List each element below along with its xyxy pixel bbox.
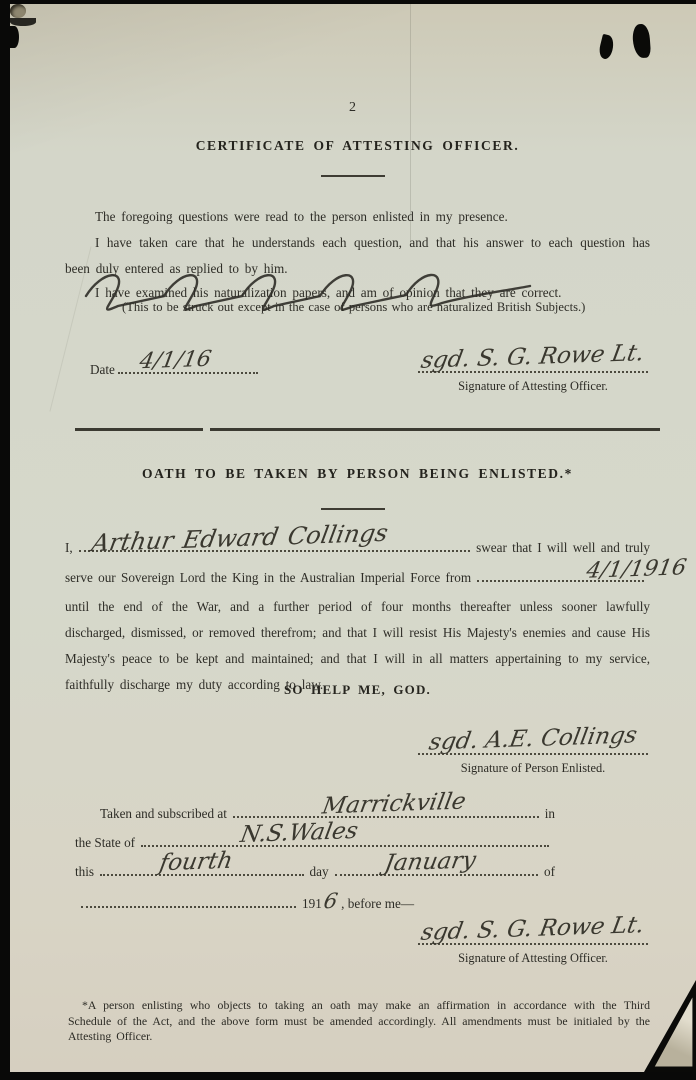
oath-name-line: I, Arthur Edward Collings swear that I w… [65,536,650,556]
section-divider [75,428,660,431]
state-label: the State of [75,835,135,851]
year-prefix: 191 [302,896,322,912]
torn-edge-notch [10,26,19,48]
date-field-row: Date 4/1/16 [90,356,275,378]
handwritten-name: Arthur Edward Collings [89,519,390,557]
day-month-row: this fourth day January of [75,860,555,880]
strike-instruction-note: (This to be struck out except in the cas… [122,300,585,315]
smudge-mark [10,4,26,18]
this-label: this [75,864,94,880]
paragraph-care: I have taken care that he understands ea… [65,230,650,282]
handwritten-signature: sgd. A.E. Collings [427,722,639,755]
document-page: 2 CERTIFICATE OF ATTESTING OFFICER. The … [10,4,696,1072]
swear-text: swear that I will well and truly [476,540,650,556]
name-dotted-line: Arthur Edward Collings [79,536,470,552]
handwritten-date: 4/1/16 [138,347,214,374]
signature-caption: Signature of Attesting Officer. [418,379,648,394]
state-row: the State of N.S.Wales [75,831,555,851]
signature-caption: Signature of Attesting Officer. [418,951,648,966]
day-label: day [310,864,329,880]
in-label: in [545,806,555,822]
before-me-label: , before me— [341,896,414,912]
attestation-block: Taken and subscribed at Marrickville in … [75,802,555,922]
scan-background: 2 CERTIFICATE OF ATTESTING OFFICER. The … [0,0,696,1080]
handwritten-signature: sgd. S. G. Rowe Lt. [419,340,646,374]
of-label: of [544,864,555,880]
paragraph-presence: The foregoing questions were read to the… [65,204,650,230]
date-dotted-line: 4/1/16 [118,356,258,374]
punch-hole-mark [632,23,651,58]
from-date-dotted-line: 4/1/1916 [477,566,644,582]
handwritten-signature: sgd. S. G. Rowe Lt. [419,912,646,946]
handwritten-state: N.S.Wales [238,818,360,848]
month-dotted-line: January [335,860,538,876]
serve-text: serve our Sovereign Lord the King in the… [65,570,471,586]
oath-date-line: serve our Sovereign Lord the King in the… [65,566,650,586]
certificate-title: CERTIFICATE OF ATTESTING OFFICER. [65,138,650,154]
date-label: Date [90,362,115,377]
place-dotted-line: Marrickville [233,802,539,818]
so-help-me-god: SO HELP ME, GOD. [65,682,650,698]
handwritten-month: January [382,847,477,876]
page-number: 2 [10,100,696,116]
punch-hole-mark [597,34,615,60]
state-dotted-line: N.S.Wales [141,831,549,847]
title-rule [321,175,385,177]
signature-caption: Signature of Person Enlisted. [418,761,648,776]
attesting-officer-signature-block: sgd. S. G. Rowe Lt. Signature of Attesti… [418,344,648,394]
year-row: 191 6 , before me— [75,889,555,913]
year-dotted-line [81,892,296,908]
i-label: I, [65,540,73,556]
day-dotted-line: fourth [100,860,303,876]
handwritten-place: Marrickville [320,789,468,820]
handwritten-day: fourth [158,848,235,877]
handwritten-from-date: 4/1/1916 [585,555,689,583]
oath-title: OATH TO BE TAKEN BY PERSON BEING ENLISTE… [65,466,650,482]
folded-corner [654,996,694,1068]
person-enlisted-signature-block: sgd. A.E. Collings Signature of Person E… [418,726,648,776]
torn-edge-notch [10,18,36,26]
attesting-officer-signature-block-bottom: sgd. S. G. Rowe Lt. Signature of Attesti… [418,916,648,966]
affirmation-footnote: *A person enlisting who objects to takin… [68,998,650,1045]
title-rule [321,508,385,510]
handwritten-year-digit: 6 [322,889,340,913]
taken-label: Taken and subscribed at [100,806,227,822]
